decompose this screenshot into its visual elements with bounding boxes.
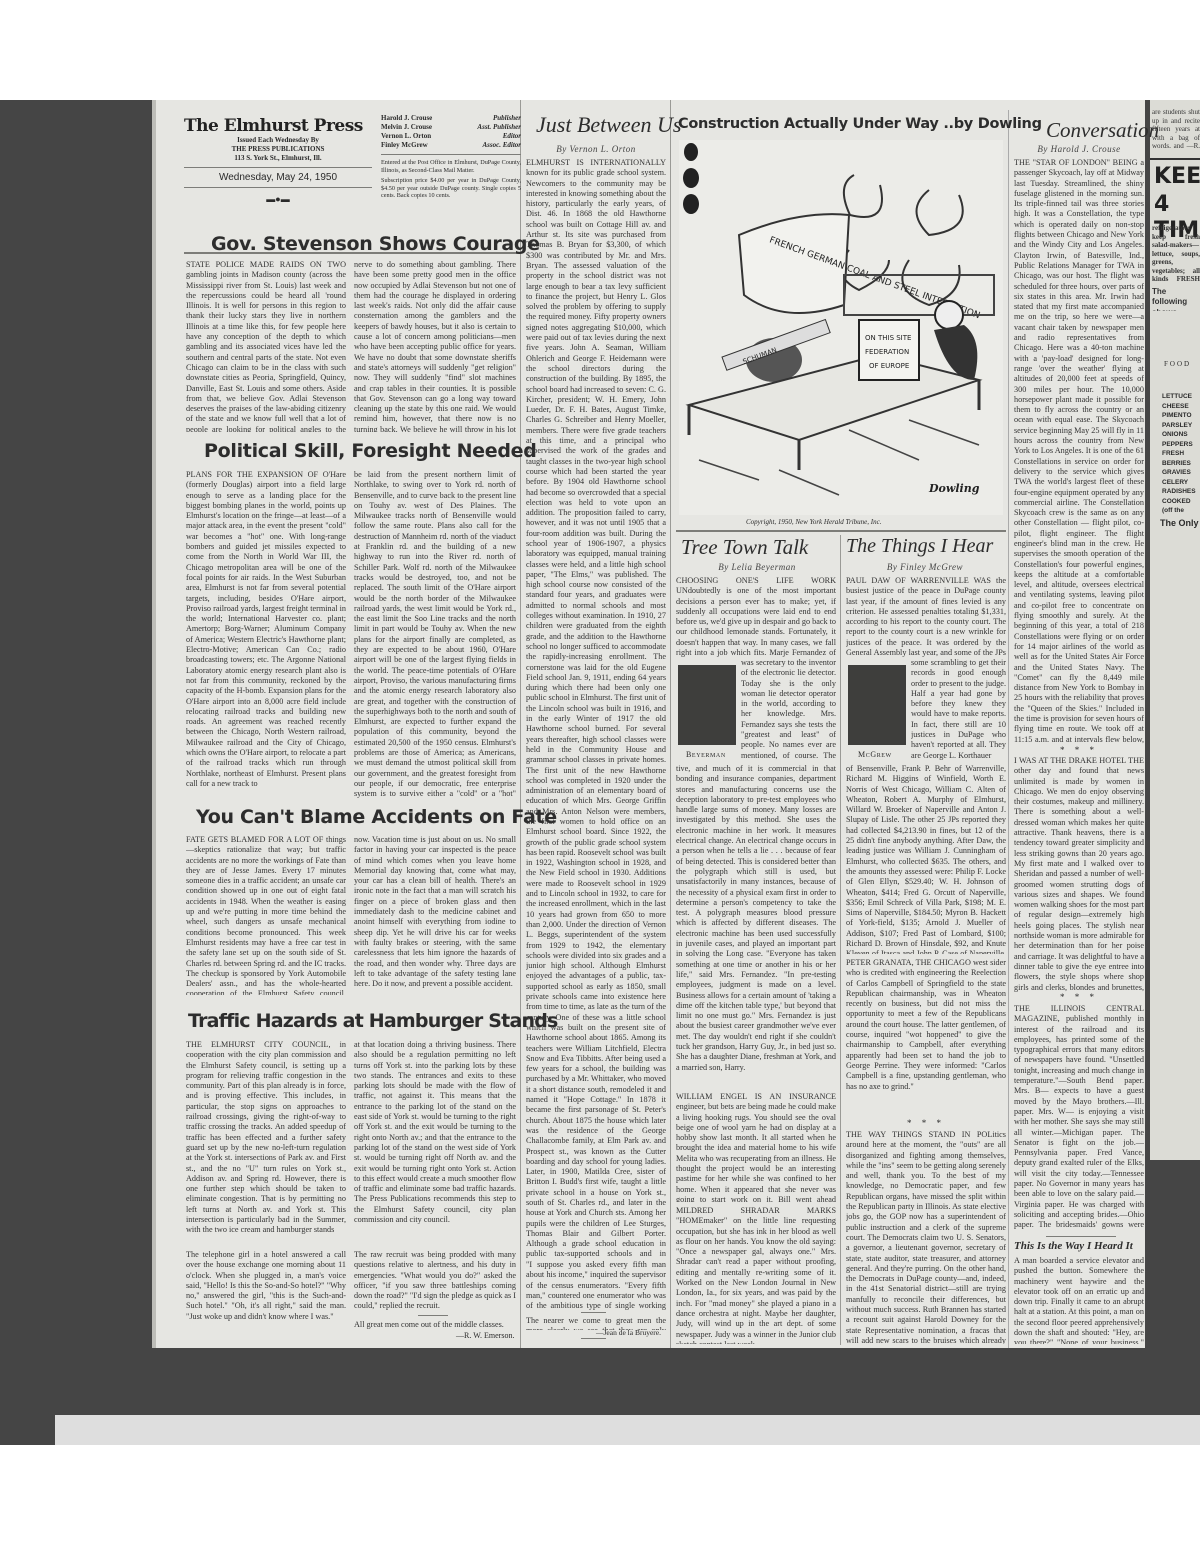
column-title-things-i-hear: The Things I Hear <box>846 535 993 558</box>
editorial-political-skill-col2: be laid from the present northern limit … <box>354 470 516 798</box>
cartoon-drawing: FRENCH GERMAN COAL AND STEEL INTEGRATION… <box>679 140 1003 515</box>
conversation-drake-hotel: I WAS AT THE DRAKE HOTEL THE other day a… <box>1014 756 1144 992</box>
things-i-hear-intro: PAUL DAW OF WARRENVILLE WAS the busiest … <box>846 576 1006 658</box>
census-anecdote: "I suppose you asked every fifth man abo… <box>526 1260 666 1310</box>
svg-text:Dowling: Dowling <box>928 482 980 495</box>
ad-subheading: The following shows records <box>1152 287 1200 311</box>
column-byline-crouse: By Harold J. Crouse <box>1014 144 1144 154</box>
adjacent-top-text: are students shut up in and recite fifte… <box>1152 108 1200 148</box>
editorial-hamburger-col1: THE ELMHURST CITY COUNCIL, in cooperatio… <box>186 1040 346 1240</box>
masthead: The Elmhurst Press Issued Each Wednesday… <box>184 116 372 204</box>
column-byline-mcgrew: By Finley McGrew <box>844 562 1006 572</box>
ad-heading-keep: KEEP <box>1154 164 1200 190</box>
editorial-hamburger-col2: at that location doing a thriving busine… <box>354 1040 516 1240</box>
svg-text:ON THIS SITE: ON THIS SITE <box>865 334 911 342</box>
beyerman-photo <box>678 665 736 745</box>
conversation-ic-magazine: THE ILLINOIS CENTRAL MAGAZINE, published… <box>1014 1004 1144 1232</box>
conversation-body: THE "STAR OF LONDON" BEING a passenger S… <box>1014 158 1144 744</box>
tree-town-talk-sidebar-text: was secretary to the inventor of the ele… <box>741 658 836 762</box>
filler-recruit: The raw recruit was being prodded with m… <box>354 1250 516 1310</box>
cartoon-title: Construction Actually Under Way ..by Dow… <box>678 116 1042 132</box>
beyerman-caption: Beyerman <box>686 750 726 759</box>
column-byline-beyerman: By Lelia Beyerman <box>676 562 838 572</box>
food-list: LETTUCECHEESEPIMENTOPARSLEYONIONSPEPPERS… <box>1162 392 1200 516</box>
tree-town-talk-intro: CHOOSING ONE'S LIFE WORK UNdoubtedly is … <box>676 576 836 658</box>
ad-body: refrigerators keep fresh salad-makers—le… <box>1152 224 1200 284</box>
column-byline-orton: By Vernon L. Orton <box>524 144 668 154</box>
mcgrew-photo <box>848 665 906 745</box>
entry-note: Entered at the Post Office in Elmhurst, … <box>381 159 521 174</box>
scan-bottom-edge <box>55 1415 1200 1445</box>
tree-town-talk-shradar: MILDRED SHRADAR MARKS "HOMEmaker" on the… <box>676 1206 836 1344</box>
quote-bruyere-attribution: —Jean de la Bruyere. <box>596 1328 661 1337</box>
things-i-hear-body: of Bensenville, Frank P. Behr of Warrenv… <box>846 764 1006 954</box>
editorial-headline-stevenson: Gov. Stevenson Shows Courage <box>211 233 540 255</box>
masthead-address: 113 S. York St., Elmhurst, Ill. <box>184 154 372 163</box>
tree-town-talk-body: tive, and much of it is commercial in th… <box>676 764 836 1090</box>
food-header: FOOD <box>1164 360 1191 369</box>
editorial-cartoon: FRENCH GERMAN COAL AND STEEL INTEGRATION… <box>679 140 1003 515</box>
subscription-info: Subscription price $4.00 per year in DuP… <box>381 177 521 200</box>
things-i-hear-sidebar-text: some scrambling to get their records in … <box>911 658 1006 762</box>
editorial-accidents-col2: now. Vacation time is just about on us. … <box>354 835 516 995</box>
adjacent-page-fragment: are students shut up in and recite fifte… <box>1150 100 1200 1160</box>
this-is-the-way-heading: This Is the Way I Heard It <box>1014 1240 1133 1252</box>
editorial-headline-accidents: You Can't Blame Accidents on Fate <box>196 806 557 828</box>
newspaper-page: The Elmhurst Press Issued Each Wednesday… <box>152 100 1145 1348</box>
issue-date: Wednesday, May 24, 1950 <box>184 168 372 187</box>
svg-text:FEDERATION: FEDERATION <box>865 348 909 356</box>
mcgrew-caption: McGrew <box>858 750 892 759</box>
elevator-anecdote: A man boarded a service elevator and pus… <box>1014 1256 1144 1344</box>
column-body-just-between-us: ELMHURST IS INTERNATIONALLY known for it… <box>526 158 666 1258</box>
newspaper-title: The Elmhurst Press <box>184 116 372 136</box>
editorial-political-skill-col1: PLANS FOR THE EXPANSION OF O'Hare (forme… <box>186 470 346 798</box>
things-i-hear-politics: THE WAY THINGS STAND IN POLitics around … <box>846 1130 1006 1344</box>
tree-town-talk-engel: WILLIAM ENGEL IS AN INSURANCE engineer, … <box>676 1092 836 1202</box>
filler-telephone: The telephone girl in a hotel answered a… <box>186 1250 346 1345</box>
editorial-headline-hamburger: Traffic Hazards at Hamburger Stands <box>188 1010 558 1032</box>
editorial-accidents-col1: FATE GETS BLAMED FOR A LOT OF things—ske… <box>186 835 346 995</box>
column-title-conversation: Conversation <box>1046 118 1159 143</box>
emerson-attribution: —R. W. Emerson. <box>456 1331 514 1340</box>
masthead-ornament: ▬●▬ <box>184 194 372 204</box>
ad-footer: The Only <box>1160 518 1199 528</box>
masthead-issued: Issued Each Wednesday By <box>184 136 372 145</box>
svg-text:OF EUROPE: OF EUROPE <box>869 362 909 370</box>
masthead-publisher-org: THE PRESS PUBLICATIONS <box>184 145 372 154</box>
cartoon-copyright: Copyright, 1950, New York Herald Tribune… <box>746 518 881 526</box>
staff-box: Harold J. CrousePublisher Melvin J. Crou… <box>381 114 521 200</box>
section-divider-dots: * * * <box>846 1118 1006 1128</box>
things-i-hear-granata: PETER GRANATA, THE CHICAGO west sider wh… <box>846 958 1006 1118</box>
editorial-stevenson-col1: STATE POLICE MADE RAIDS ON TWO gambling … <box>186 260 346 432</box>
column-title-just-between-us: Just Between Us <box>536 112 681 138</box>
editorial-stevenson-col2: nerve to do something about gambling. Th… <box>354 260 516 432</box>
editorial-headline-political-skill: Political Skill, Foresight Needed <box>204 440 537 462</box>
column-title-tree-town-talk: Tree Town Talk <box>681 535 808 560</box>
